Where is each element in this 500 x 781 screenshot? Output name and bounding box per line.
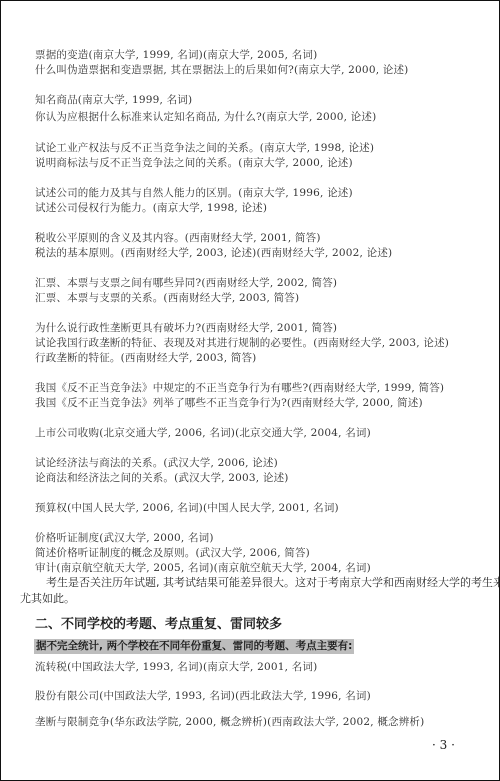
- entry-line: 行政垄断的特征。(西南财经大学, 2003, 简答): [35, 351, 256, 365]
- entry-line: 试述公司侵权行为能力。(南京大学, 1998, 论述): [35, 201, 267, 215]
- entry-line: 股份有限公司(中国政法大学, 1993, 名词)(西北政法大学, 1996, 名…: [35, 689, 371, 703]
- entry-line: 我国《反不正当竞争法》列举了哪些不正当竞争行为?(西南财经大学, 2000, 简…: [35, 396, 423, 410]
- entry-line: 什么叫伪造票据和变造票据, 其在票据法上的后果如何?(南京大学, 2000, 论…: [35, 63, 408, 77]
- entry-line: 试论经济法与商法的关系。(武汉大学, 2006, 论述): [35, 456, 278, 470]
- entry-line: 预算权(中国人民大学, 2006, 名词)(中国人民大学, 2001, 名词): [35, 501, 339, 515]
- entry-line: 流转税(中国政法大学, 1993, 名词)(南京大学, 2001, 名词): [35, 660, 317, 674]
- entry-line: 说明商标法与反不正当竞争法之间的关系。(南京大学, 2000, 论述): [35, 156, 353, 170]
- entry-line: 上市公司收购(北京交通大学, 2006, 名词)(北京交通大学, 2004, 名…: [35, 426, 371, 440]
- paragraph-line-2: 尤其如此。: [20, 591, 75, 606]
- entry-line: 审计(南京航空航天大学, 2005, 名词)(南京航空航天大学, 2004, 名…: [35, 561, 371, 575]
- entry-line: 税收公平原则的含义及其内容。(西南财经大学, 2001, 简答): [35, 231, 321, 245]
- entry-line: 为什么说行政性垄断更具有破坏力?(西南财经大学, 2001, 简答): [35, 321, 337, 335]
- entry-line: 简述价格听证制度的概念及原则。(武汉大学, 2006, 简答): [35, 546, 310, 560]
- highlighted-intro: 据不完全统计, 两个学校在不同年份重复、雷同的考题、考点主要有:: [34, 639, 354, 654]
- entry-line: 我国《反不正当竞争法》中规定的不正当竞争行为有哪些?(西南财经大学, 1999,…: [35, 381, 444, 395]
- entry-line: 票据的变造(南京大学, 1999, 名词)(南京大学, 2005, 名词): [35, 48, 317, 62]
- entry-line: 试述公司的能力及其与自然人能力的区别。(南京大学, 1996, 论述): [35, 186, 353, 200]
- entry-line: 垄断与限制竞争(华东政法学院, 2000, 概念辨析)(西南政法大学, 2002…: [35, 715, 424, 729]
- entry-line: 税法的基本原则。(西南财经大学, 2003, 论述)(西南财经大学, 2002,…: [35, 246, 392, 260]
- entry-line: 价格听证制度(武汉大学, 2000, 名词): [35, 531, 214, 545]
- entry-line: 论商法和经济法之间的关系。(武汉大学, 2003, 论述): [35, 471, 289, 485]
- section-heading: 二、不同学校的考题、考点重复、雷同较多: [35, 617, 282, 633]
- page-number: · 3 ·: [432, 738, 455, 752]
- entry-line: 汇票、本票与支票之间有哪些异同?(西南财经大学, 2002, 简答): [35, 276, 337, 290]
- entry-line: 汇票、本票与支票的关系。(西南财经大学, 2003, 简答): [35, 291, 299, 305]
- entry-line: 知名商品(南京大学, 1999, 名词): [35, 93, 192, 107]
- paragraph-line-1: 考生是否关注历年试题, 其考试结果可能差异很大。这对于考南京大学和西南财经大学的…: [46, 575, 500, 590]
- entry-line: 试论工业产权法与反不正当竞争法之间的关系。(南京大学, 1998, 论述): [35, 141, 374, 155]
- entry-line: 你认为应根据什么标准来认定知名商品, 为什么?(南京大学, 2000, 论述): [35, 110, 376, 124]
- entry-line: 试论我国行政垄断的特征、表现及对其进行规制的必要性。(西南财经大学, 2003,…: [35, 336, 449, 350]
